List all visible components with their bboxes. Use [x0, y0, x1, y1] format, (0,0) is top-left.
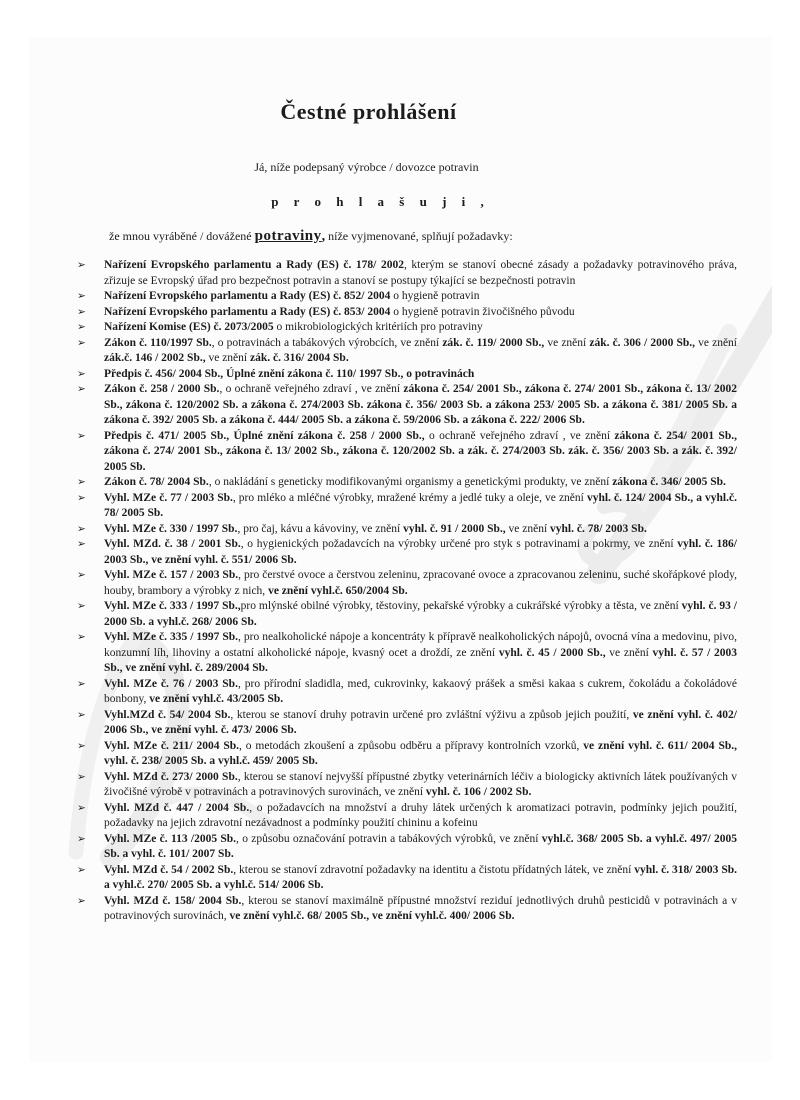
arrow-bullet-icon: ➢: [77, 832, 86, 848]
list-item: ➢Vyhl. MZe č. 330 / 1997 Sb., pro čaj, k…: [75, 522, 737, 538]
list-item-text: Vyhl. MZd č. 54 / 2002 Sb., kterou se st…: [104, 864, 737, 892]
arrow-bullet-icon: ➢: [77, 630, 86, 646]
arrow-bullet-icon: ➢: [77, 770, 86, 786]
list-item: ➢Vyhl. MZe č. 333 / 1997 Sb.,pro mlýnské…: [75, 599, 737, 630]
declaration-word: p r o h l a š u j i ,: [29, 194, 752, 210]
requirements-line-prefix: že mnou vyráběné / dovážené: [109, 229, 255, 243]
list-item: ➢Vyhl. MZd. č. 38 / 2001 Sb., o hygienic…: [75, 537, 737, 568]
arrow-bullet-icon: ➢: [77, 475, 86, 491]
list-item: ➢Vyhl. MZe č. 76 / 2003 Sb., pro přírodn…: [75, 677, 737, 708]
list-item: ➢Zákon č. 78/ 2004 Sb., o nakládání s ge…: [75, 475, 737, 491]
list-item: ➢Vyhl. MZe č. 157 / 2003 Sb., pro čerstv…: [75, 568, 737, 599]
list-item-text: Vyhl. MZe č. 333 / 1997 Sb.,pro mlýnské …: [104, 600, 737, 628]
arrow-bullet-icon: ➢: [77, 863, 86, 879]
arrow-bullet-icon: ➢: [77, 568, 86, 584]
list-item: ➢Vyhl. MZd č. 447 / 2004 Sb., o požadavc…: [75, 801, 737, 832]
list-item: ➢Vyhl. MZd č. 158/ 2004 Sb., kterou se s…: [75, 894, 737, 925]
arrow-bullet-icon: ➢: [77, 305, 86, 321]
list-item-text: Vyhl. MZd č. 447 / 2004 Sb., o požadavcí…: [104, 802, 737, 830]
list-item-text: Vyhl. MZe č. 77 / 2003 Sb., pro mléko a …: [104, 492, 737, 520]
list-item-text: Vyhl.MZd č. 54/ 2004 Sb., kterou se stan…: [104, 709, 737, 737]
list-item: ➢Vyhl. MZe č. 113 /2005 Sb., o způsobu o…: [75, 832, 737, 863]
list-item: ➢Vyhl. MZe č. 77 / 2003 Sb., pro mléko a…: [75, 491, 737, 522]
list-item: ➢Vyhl. MZe č. 211/ 2004 Sb., o metodách …: [75, 739, 737, 770]
list-item: ➢Vyhl. MZd č. 273/ 2000 Sb., kterou se s…: [75, 770, 737, 801]
arrow-bullet-icon: ➢: [77, 537, 86, 553]
arrow-bullet-icon: ➢: [77, 289, 86, 305]
list-item-text: Zákon č. 110/1997 Sb., o potravinách a t…: [104, 337, 737, 365]
list-item: ➢Nařízení Evropského parlamentu a Rady (…: [75, 258, 737, 289]
list-item-text: Vyhl. MZe č. 330 / 1997 Sb., pro čaj, ká…: [104, 523, 647, 535]
scan-canvas: Čestné prohlášení Já, níže podepsaný výr…: [0, 0, 800, 1100]
document-title: Čestné prohlášení: [29, 99, 740, 125]
list-item: ➢Vyhl. MZe č. 335 / 1997 Sb., pro nealko…: [75, 630, 737, 677]
arrow-bullet-icon: ➢: [77, 599, 86, 615]
list-item-text: Nařízení Evropského parlamentu a Rady (E…: [104, 306, 575, 318]
potraviny-highlight: potraviny: [255, 228, 322, 244]
list-item-text: Vyhl. MZd. č. 38 / 2001 Sb., o hygienick…: [104, 538, 737, 566]
list-item: ➢Zákon č. 258 / 2000 Sb., o ochraně veře…: [75, 382, 737, 429]
list-item-text: Vyhl. MZe č. 157 / 2003 Sb., pro čerstvé…: [104, 569, 737, 597]
list-item-text: Zákon č. 258 / 2000 Sb., o ochraně veřej…: [104, 383, 737, 426]
arrow-bullet-icon: ➢: [77, 739, 86, 755]
list-item-text: Vyhl. MZe č. 211/ 2004 Sb., o metodách z…: [104, 740, 737, 768]
list-item: ➢Vyhl.MZd č. 54/ 2004 Sb., kterou se sta…: [75, 708, 737, 739]
arrow-bullet-icon: ➢: [77, 708, 86, 724]
arrow-bullet-icon: ➢: [77, 382, 86, 398]
arrow-bullet-icon: ➢: [77, 429, 86, 445]
arrow-bullet-icon: ➢: [77, 894, 86, 910]
list-item: ➢Předpis č. 471/ 2005 Sb., Úplné znění z…: [75, 429, 737, 476]
list-item: ➢Nařízení Evropského parlamentu a Rady (…: [75, 305, 737, 321]
document-page: Čestné prohlášení Já, níže podepsaný výr…: [29, 37, 772, 1062]
arrow-bullet-icon: ➢: [77, 320, 86, 336]
law-list: ➢Nařízení Evropského parlamentu a Rady (…: [29, 258, 772, 925]
arrow-bullet-icon: ➢: [77, 367, 86, 383]
list-item-text: Vyhl. MZe č. 335 / 1997 Sb., pro nealkoh…: [104, 631, 737, 674]
arrow-bullet-icon: ➢: [77, 258, 86, 274]
list-item: ➢Vyhl. MZd č. 54 / 2002 Sb., kterou se s…: [75, 863, 737, 894]
requirements-line-suffix: níže vyjmenované, splňují požadavky:: [325, 229, 513, 243]
list-item-text: Vyhl. MZe č. 76 / 2003 Sb., pro přírodní…: [104, 678, 737, 706]
arrow-bullet-icon: ➢: [77, 801, 86, 817]
arrow-bullet-icon: ➢: [77, 522, 86, 538]
list-item-text: Vyhl. MZd č. 273/ 2000 Sb., kterou se st…: [104, 771, 737, 799]
list-item-text: Nařízení Evropského parlamentu a Rady (E…: [104, 290, 479, 302]
list-item: ➢Zákon č. 110/1997 Sb., o potravinách a …: [75, 336, 737, 367]
list-item-text: Předpis č. 471/ 2005 Sb., Úplné znění zá…: [104, 430, 737, 473]
arrow-bullet-icon: ➢: [77, 336, 86, 352]
list-item: ➢Předpis č. 456/ 2004 Sb., Úplné znění z…: [75, 367, 737, 383]
list-item-text: Vyhl. MZd č. 158/ 2004 Sb., kterou se st…: [104, 895, 737, 923]
list-item-text: Nařízení Komise (ES) č. 2073/2005 o mikr…: [104, 321, 483, 333]
requirements-line: že mnou vyráběné / dovážené potraviny, n…: [109, 228, 772, 245]
list-item-text: Nařízení Evropského parlamentu a Rady (E…: [104, 259, 737, 287]
list-item-text: Vyhl. MZe č. 113 /2005 Sb., o způsobu oz…: [104, 833, 737, 861]
list-item-text: Předpis č. 456/ 2004 Sb., Úplné znění zá…: [104, 368, 474, 380]
arrow-bullet-icon: ➢: [77, 677, 86, 693]
list-item: ➢Nařízení Evropského parlamentu a Rady (…: [75, 289, 737, 305]
arrow-bullet-icon: ➢: [77, 491, 86, 507]
declarant-line: Já, níže podepsaný výrobce / dovozce pot…: [29, 160, 738, 175]
list-item-text: Zákon č. 78/ 2004 Sb., o nakládání s gen…: [104, 476, 726, 488]
list-item: ➢Nařízení Komise (ES) č. 2073/2005 o mik…: [75, 320, 737, 336]
